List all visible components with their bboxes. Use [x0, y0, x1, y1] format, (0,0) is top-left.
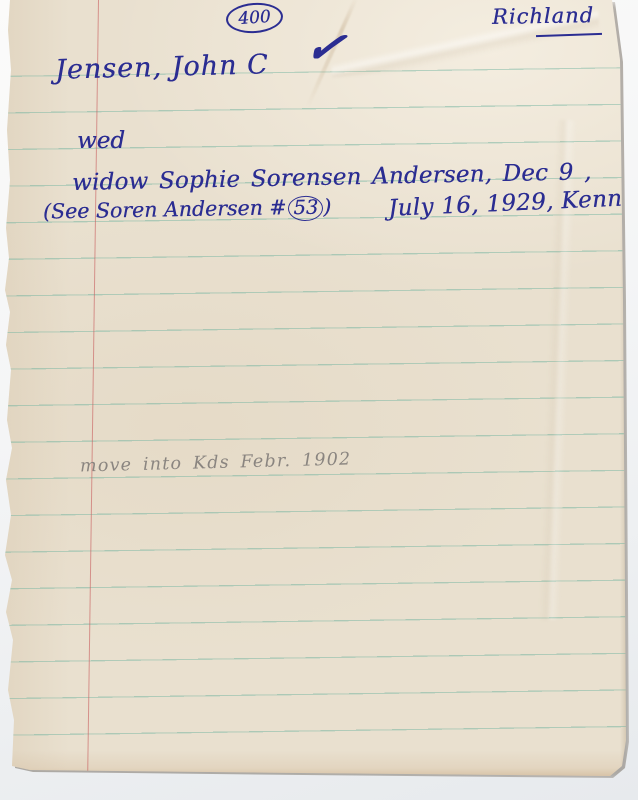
left-edge-nick — [0, 519, 4, 532]
notebook-page: 400 Richland ✓ Jensen, John C wed widow … — [0, 0, 628, 778]
left-edge-nick — [0, 272, 5, 288]
reference-number-circled: 53 — [288, 196, 323, 222]
scanned-ledger-page: 400 Richland ✓ Jensen, John C wed widow … — [0, 0, 638, 800]
page-number-circle: 400 — [225, 1, 284, 35]
location-label: Richland — [492, 3, 594, 29]
left-edge-nick — [0, 425, 4, 439]
wed-label: wed — [77, 128, 125, 154]
left-edge-nick — [0, 700, 4, 714]
entry-name: Jensen, John C — [55, 49, 269, 86]
left-edge-nick — [0, 226, 5, 239]
reference-close: ) — [323, 194, 331, 218]
left-edge-tear — [0, 737, 7, 765]
reference-text: (See Soren Andersen # — [43, 195, 287, 223]
left-edge-nick — [0, 331, 4, 343]
left-edge-nick — [0, 586, 5, 601]
left-edge-nick — [0, 641, 5, 654]
cross-reference-line: (See Soren Andersen #53) — [43, 194, 332, 225]
left-edge-nick — [0, 455, 5, 472]
page-number: 400 — [238, 7, 272, 29]
